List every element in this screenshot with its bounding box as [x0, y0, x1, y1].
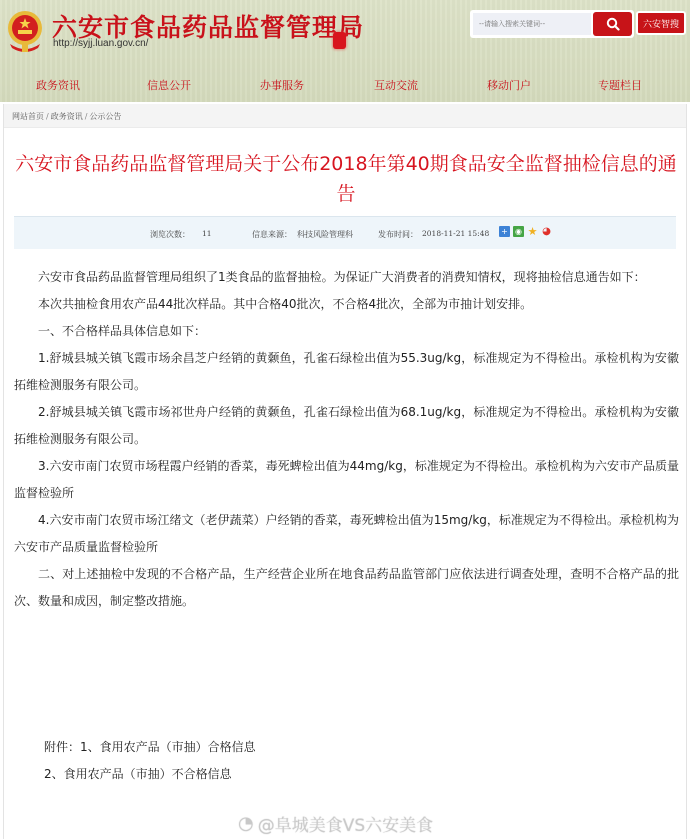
source-label: 信息来源： — [252, 229, 292, 240]
paragraph-summary: 本次共抽检食用农产品44批次样品。其中合格40批次，不合格4批次，全部为市抽计划… — [14, 291, 679, 318]
nav-item-interaction[interactable]: 互动交流 — [374, 77, 418, 93]
article-body: 六安市食品药品监督管理局组织了1类食品的监督抽检。为保证广大消费者的消费知情权，… — [14, 264, 679, 615]
share-icons: + ◉ ★ ◕ — [499, 226, 552, 237]
source-value: 科技风险管理科 — [297, 229, 353, 240]
national-emblem-icon — [4, 8, 46, 54]
watermark-text: @阜城美食VS六安美食 — [258, 811, 433, 836]
paragraph-item-2: 2.舒城县城关镇飞霞市场祁世舟户经销的黄颡鱼，孔雀石绿检出值为68.1ug/kg… — [14, 399, 679, 453]
search-button[interactable] — [593, 12, 632, 36]
search-box — [470, 10, 634, 38]
paragraph-intro: 六安市食品药品监督管理局组织了1类食品的监督抽检。为保证广大消费者的消费知情权，… — [14, 264, 679, 291]
nav-item-news[interactable]: 政务资讯 — [36, 77, 80, 93]
weibo-logo-icon: ◔ — [238, 813, 254, 834]
paragraph-section-two: 二、对上述抽检中发现的不合格产品，生产经营企业所在地食品药品监管部门应依法进行调… — [14, 561, 679, 615]
breadcrumb-home[interactable]: 网站首页 — [12, 112, 44, 121]
page: 六安市食品药品监督管理局 http://syjj.luan.gov.cn/ 六安… — [0, 0, 690, 839]
paragraph-item-1: 1.舒城县城关镇飞霞市场余昌芝户经销的黄颡鱼，孔雀石绿检出值为55.3ug/kg… — [14, 345, 679, 399]
article-title: 六安市食品药品监督管理局关于公布2018年第40期食品安全监督抽检信息的通告 — [10, 149, 682, 209]
smart-search-button[interactable]: 六安智搜 — [636, 11, 686, 35]
share-plus-icon[interactable]: + — [499, 226, 510, 237]
attachment-link-qualified[interactable]: 1、食用农产品（市抽）合格信息 — [80, 740, 256, 754]
paragraph-section-one-heading: 一、不合格样品具体信息如下： — [14, 318, 679, 345]
main-panel: 网站首页/政务资讯/公示公告 六安市食品药品监督管理局关于公布2018年第40期… — [3, 104, 687, 839]
breadcrumb-separator: / — [46, 112, 49, 121]
main-nav: 政务资讯 信息公开 办事服务 互动交流 移动门户 专题栏目 — [0, 72, 690, 100]
breadcrumb: 网站首页/政务资讯/公示公告 — [4, 104, 686, 128]
wechat-icon[interactable]: ◉ — [513, 226, 524, 237]
paragraph-item-4: 4.六安市南门农贸市场江绪文（老伊蔬菜）户经销的香菜，毒死蜱检出值为15mg/k… — [14, 507, 679, 561]
seal-icon — [333, 32, 346, 49]
breadcrumb-news[interactable]: 政务资讯 — [51, 112, 83, 121]
nav-item-info-disclosure[interactable]: 信息公开 — [147, 77, 191, 93]
nav-item-services[interactable]: 办事服务 — [260, 77, 304, 93]
attachment-link-unqualified[interactable]: 2、食用农产品（市抽）不合格信息 — [44, 767, 232, 781]
site-header: 六安市食品药品监督管理局 http://syjj.luan.gov.cn/ 六安… — [0, 0, 690, 102]
weibo-icon[interactable]: ◕ — [541, 226, 552, 237]
site-url[interactable]: http://syjj.luan.gov.cn/ — [53, 38, 148, 49]
attachments: 附件：1、食用农产品（市抽）合格信息 2、食用农产品（市抽）不合格信息 — [44, 734, 256, 788]
views-label: 浏览次数： — [150, 229, 190, 240]
breadcrumb-notices[interactable]: 公示公告 — [89, 112, 121, 121]
search-icon — [606, 17, 620, 31]
nav-item-topics[interactable]: 专题栏目 — [598, 77, 642, 93]
article-meta-bar: 浏览次数： 11 信息来源： 科技风险管理科 发布时间： 2018-11-21 … — [14, 216, 676, 249]
views-value: 11 — [202, 229, 212, 238]
publish-label: 发布时间： — [378, 229, 418, 240]
favorite-star-icon[interactable]: ★ — [527, 226, 538, 237]
watermark: ◔ @阜城美食VS六安美食 — [238, 811, 433, 836]
nav-item-mobile[interactable]: 移动门户 — [487, 77, 531, 93]
paragraph-item-3: 3.六安市南门农贸市场程霞户经销的香菜，毒死蜱检出值为44mg/kg，标准规定为… — [14, 453, 679, 507]
search-input[interactable] — [473, 13, 591, 35]
publish-value: 2018-11-21 15:48 — [422, 229, 489, 238]
attachments-label: 附件： — [44, 740, 80, 754]
breadcrumb-separator: / — [85, 112, 88, 121]
